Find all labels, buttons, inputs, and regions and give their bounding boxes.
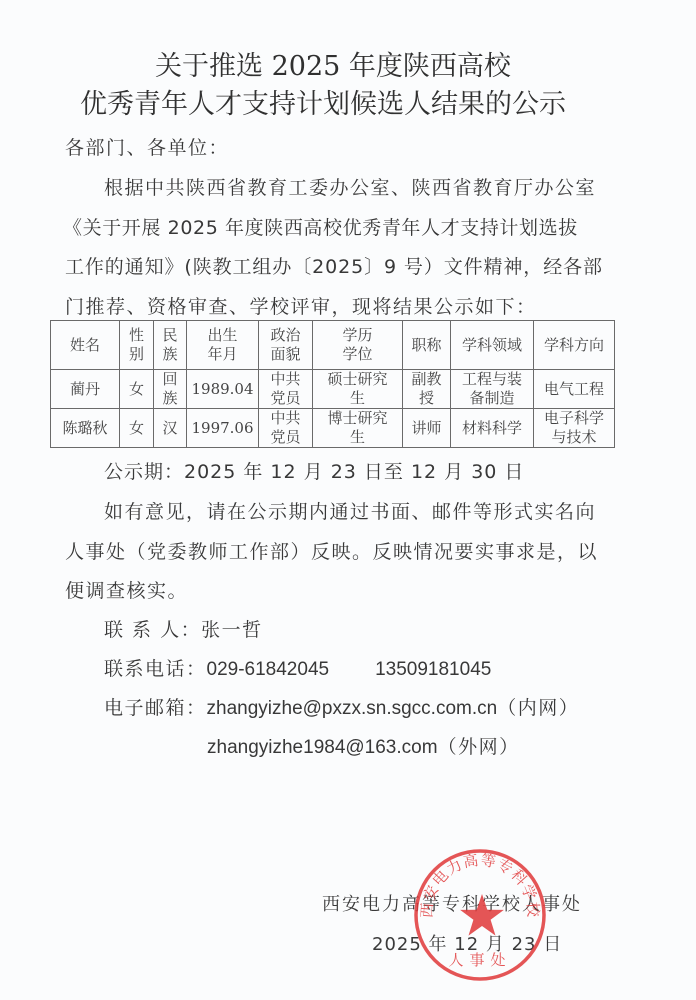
document-title-line2: 优秀青年人才支持计划候选人结果的公示 [80, 82, 566, 121]
cell-birth-date: 1989.04 [187, 370, 259, 409]
email-external-note: （外网） [438, 736, 520, 758]
table-row: 陈璐秋 女 汉 1997.06 中共 党员 博士研究 生 讲师 材料科学 电子科… [51, 409, 615, 448]
contact-email-label: 电子邮箱： [104, 697, 207, 719]
contact-person-row: 联 系 人：张一哲 [104, 615, 263, 642]
feedback-line-1: 如有意见，请在公示期内通过书面、邮件等形式实名向 [104, 497, 596, 524]
header-gender: 性 别 [120, 321, 154, 370]
cell-subject-direction: 电气工程 [534, 370, 615, 409]
table-header-row: 姓名 性 别 民 族 出生 年月 政治 面貌 学历 学位 职称 学科领域 学科方… [51, 321, 615, 370]
header-job-title: 职称 [403, 321, 451, 370]
seal-star-icon [460, 894, 504, 936]
cell-name: 蔺丹 [51, 370, 120, 409]
email-internal-note: （内网） [497, 697, 579, 719]
contact-phone-label: 联系电话： [104, 658, 207, 680]
header-subject-field: 学科领域 [451, 321, 534, 370]
cell-gender: 女 [120, 370, 154, 409]
cell-ethnicity: 汉 [154, 409, 187, 448]
cell-job-title: 副教 授 [403, 370, 451, 409]
cell-subject-field: 材料科学 [451, 409, 534, 448]
header-ethnicity: 民 族 [154, 321, 187, 370]
header-education: 学历 学位 [313, 321, 403, 370]
cell-education: 博士研究 生 [313, 409, 403, 448]
cell-birth-date: 1997.06 [187, 409, 259, 448]
publicity-period: 公示期：2025 年 12 月 23 日至 12 月 30 日 [104, 457, 524, 484]
cell-political-status: 中共 党员 [259, 370, 313, 409]
header-subject-direction: 学科方向 [534, 321, 615, 370]
candidate-results-table: 姓名 性 别 民 族 出生 年月 政治 面貌 学历 学位 职称 学科领域 学科方… [50, 320, 615, 448]
contact-phone-mobile: 13509181045 [375, 659, 491, 680]
contact-person-name: 张一哲 [201, 619, 263, 641]
official-seal-icon: 西安电力高等专科学校 人事处 [412, 847, 548, 983]
salutation: 各部门、各单位： [65, 133, 229, 160]
email-internal-link[interactable]: zhangyizhe@pxzx.sn.sgcc.com.cn [207, 698, 498, 719]
intro-line-4: 门推荐、资格审查、学校评审，现将结果公示如下： [65, 292, 537, 319]
intro-line-2: 《关于开展 2025 年度陕西高校优秀青年人才支持计划选拔 [63, 213, 578, 240]
table-row: 蔺丹 女 回 族 1989.04 中共 党员 硕士研究 生 副教 授 工程与装 … [51, 370, 615, 409]
header-political-status: 政治 面貌 [259, 321, 313, 370]
cell-political-status: 中共 党员 [259, 409, 313, 448]
feedback-line-2: 人事处（党委教师工作部）反映。反映情况要实事求是，以 [65, 537, 598, 564]
contact-person-label: 联 系 人： [104, 619, 201, 641]
seal-bottom-text: 人事处 [448, 951, 511, 969]
contact-email-external-row: zhangyizhe1984@163.com（外网） [207, 732, 520, 759]
contact-phone-office: 029-61842045 [207, 659, 330, 680]
cell-ethnicity: 回 族 [154, 370, 187, 409]
intro-line-3: 工作的通知》(陕教工组办〔2025〕9 号）文件精神，经各部 [65, 252, 603, 279]
cell-gender: 女 [120, 409, 154, 448]
email-external-link[interactable]: zhangyizhe1984@163.com [207, 737, 438, 758]
feedback-line-3: 便调查核实。 [65, 576, 188, 603]
header-birth-date: 出生 年月 [187, 321, 259, 370]
cell-job-title: 讲师 [403, 409, 451, 448]
intro-line-1: 根据中共陕西省教育工委办公室、陕西省教育厅办公室 [104, 173, 596, 200]
contact-email-row: 电子邮箱：zhangyizhe@pxzx.sn.sgcc.com.cn（内网） [104, 693, 579, 720]
cell-subject-field: 工程与装 备制造 [451, 370, 534, 409]
cell-subject-direction: 电子科学 与技术 [534, 409, 615, 448]
document-title-line1: 关于推选 2025 年度陕西高校 [155, 44, 511, 83]
contact-phone-row: 联系电话：029-6184204513509181045 [104, 654, 491, 681]
cell-education: 硕士研究 生 [313, 370, 403, 409]
cell-name: 陈璐秋 [51, 409, 120, 448]
header-name: 姓名 [51, 321, 120, 370]
